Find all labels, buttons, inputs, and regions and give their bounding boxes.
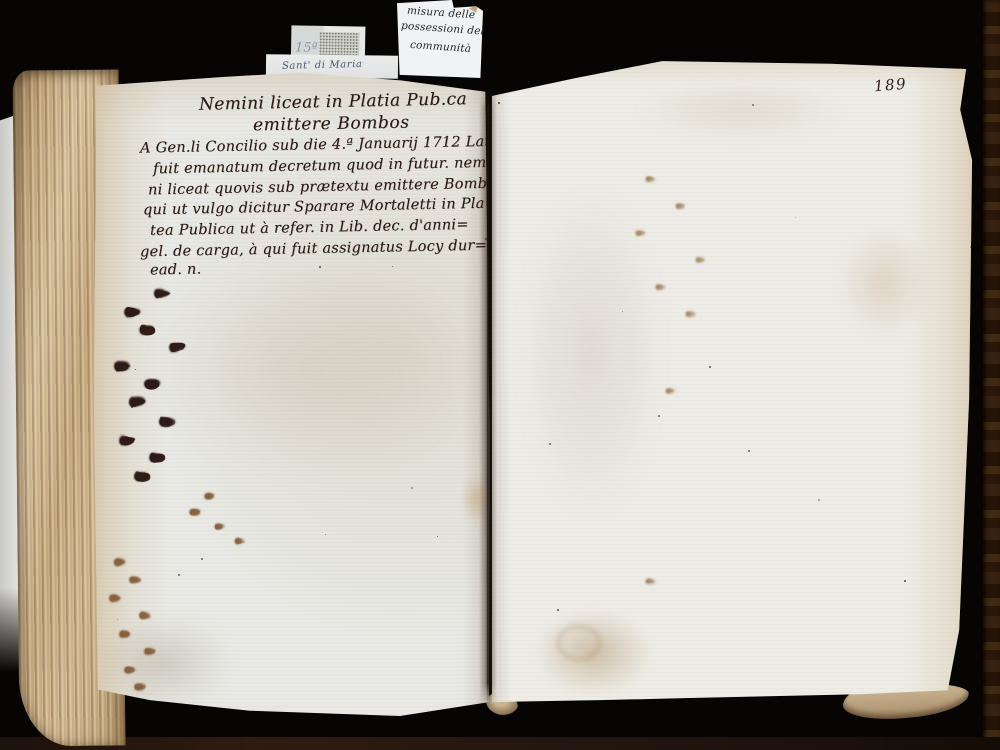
manuscript-line: A Gen.li Concilio sub die 4.ª Januarij 1… bbox=[140, 133, 514, 156]
manuscript-line: ead. n. bbox=[150, 262, 202, 279]
showthrough-row bbox=[666, 380, 926, 396]
wood-table-edge bbox=[983, 0, 1000, 750]
manuscript-photo: 15ª Sant' di Maria misura delle possessi… bbox=[0, 0, 1000, 750]
faded-text-row bbox=[115, 545, 495, 567]
tab-note-text: Sant' di Maria bbox=[282, 59, 363, 72]
faded-text-row bbox=[130, 563, 490, 584]
paper-stain bbox=[636, 80, 846, 140]
ink-smudge-row bbox=[150, 437, 465, 463]
ink-speck bbox=[117, 619, 118, 620]
faded-text-row bbox=[215, 515, 395, 532]
tab-card-line: communità bbox=[410, 39, 472, 55]
manuscript-line: gel. de carga, à qui fuit assignatus Loc… bbox=[140, 238, 487, 261]
paper-stain bbox=[536, 610, 651, 695]
folio-number: 189 bbox=[873, 75, 908, 96]
archive-tab-card: misura delle possessioni delle communità bbox=[397, 0, 483, 78]
ink-smudge-row bbox=[170, 328, 450, 352]
faded-text-row bbox=[205, 483, 415, 500]
ink-speck bbox=[201, 558, 203, 560]
faded-text-row bbox=[120, 617, 490, 639]
showthrough-row bbox=[656, 276, 926, 292]
faded-text-row bbox=[145, 636, 475, 657]
ink-speck bbox=[622, 311, 623, 312]
ink-speck bbox=[392, 266, 393, 267]
ink-smudge-row bbox=[140, 309, 450, 335]
ink-speck bbox=[970, 246, 972, 248]
faded-text-row bbox=[130, 689, 380, 708]
ink-speck bbox=[135, 369, 136, 370]
manuscript-line: fuit emanatum decretum quod in futur. ne… bbox=[153, 155, 504, 178]
tab-number-label: 15ª bbox=[295, 40, 318, 55]
right-page: 189 bbox=[486, 52, 982, 708]
manuscript-line: qui ut vulgo dicitur Sparare Mortaletti … bbox=[143, 196, 497, 219]
ink-smudge-row bbox=[120, 418, 465, 445]
ink-speck bbox=[557, 609, 559, 611]
ink-speck bbox=[325, 534, 326, 535]
paper-stain bbox=[147, 263, 477, 478]
faded-text-row bbox=[125, 653, 485, 674]
floor-edge bbox=[0, 737, 1000, 750]
ink-smudge-row bbox=[160, 401, 460, 426]
ink-speck bbox=[904, 580, 906, 582]
showthrough-row bbox=[646, 168, 926, 184]
faded-text-row bbox=[110, 581, 500, 603]
ink-speck bbox=[398, 203, 400, 205]
faded-text-row bbox=[190, 499, 420, 517]
ink-speck bbox=[549, 443, 551, 445]
paper-stain bbox=[838, 228, 933, 338]
faded-text-row bbox=[140, 599, 490, 620]
ink-speck bbox=[818, 499, 820, 501]
showthrough-row bbox=[696, 249, 926, 264]
showthrough-row bbox=[686, 303, 926, 318]
ink-smudge-row bbox=[125, 291, 455, 317]
manuscript-heading: emittere Bombos bbox=[253, 113, 410, 136]
ink-speck bbox=[498, 102, 500, 104]
faded-text-row bbox=[135, 672, 435, 692]
ink-speck bbox=[795, 217, 796, 218]
manuscript-heading: Nemini liceat in Platia Pub.ca bbox=[199, 89, 467, 115]
ink-smudge-row bbox=[115, 344, 465, 371]
manuscript-line: tea Publica ut à refer. in Lib. dec. d'a… bbox=[150, 217, 469, 239]
showthrough-row bbox=[646, 570, 926, 586]
ink-smudge-row bbox=[135, 455, 465, 481]
ink-smudge-row bbox=[130, 381, 460, 407]
ink-speck bbox=[752, 104, 754, 106]
ink-speck bbox=[437, 536, 438, 537]
ink-speck bbox=[178, 574, 180, 576]
ink-speck bbox=[709, 366, 711, 368]
paper-ring-stain bbox=[556, 624, 602, 662]
ink-speck bbox=[748, 450, 750, 452]
showthrough-row bbox=[676, 195, 926, 210]
manuscript-line: ni liceat quovis sub prætextu emittere B… bbox=[148, 176, 504, 199]
ink-speck bbox=[198, 718, 200, 720]
ink-speck bbox=[319, 266, 321, 268]
ink-speck bbox=[658, 415, 660, 417]
paper-stain bbox=[516, 182, 666, 522]
faded-text-row bbox=[235, 530, 375, 546]
showthrough-row bbox=[636, 222, 936, 238]
ink-speck bbox=[411, 487, 413, 489]
tab-card-line: possessioni delle bbox=[401, 20, 495, 38]
left-page: Nemini liceat in Platia Pub.ca emittere … bbox=[85, 58, 491, 720]
ink-smudge-row bbox=[145, 363, 465, 389]
tab-card-line: misura delle bbox=[407, 5, 476, 22]
book-gutter bbox=[479, 84, 497, 708]
